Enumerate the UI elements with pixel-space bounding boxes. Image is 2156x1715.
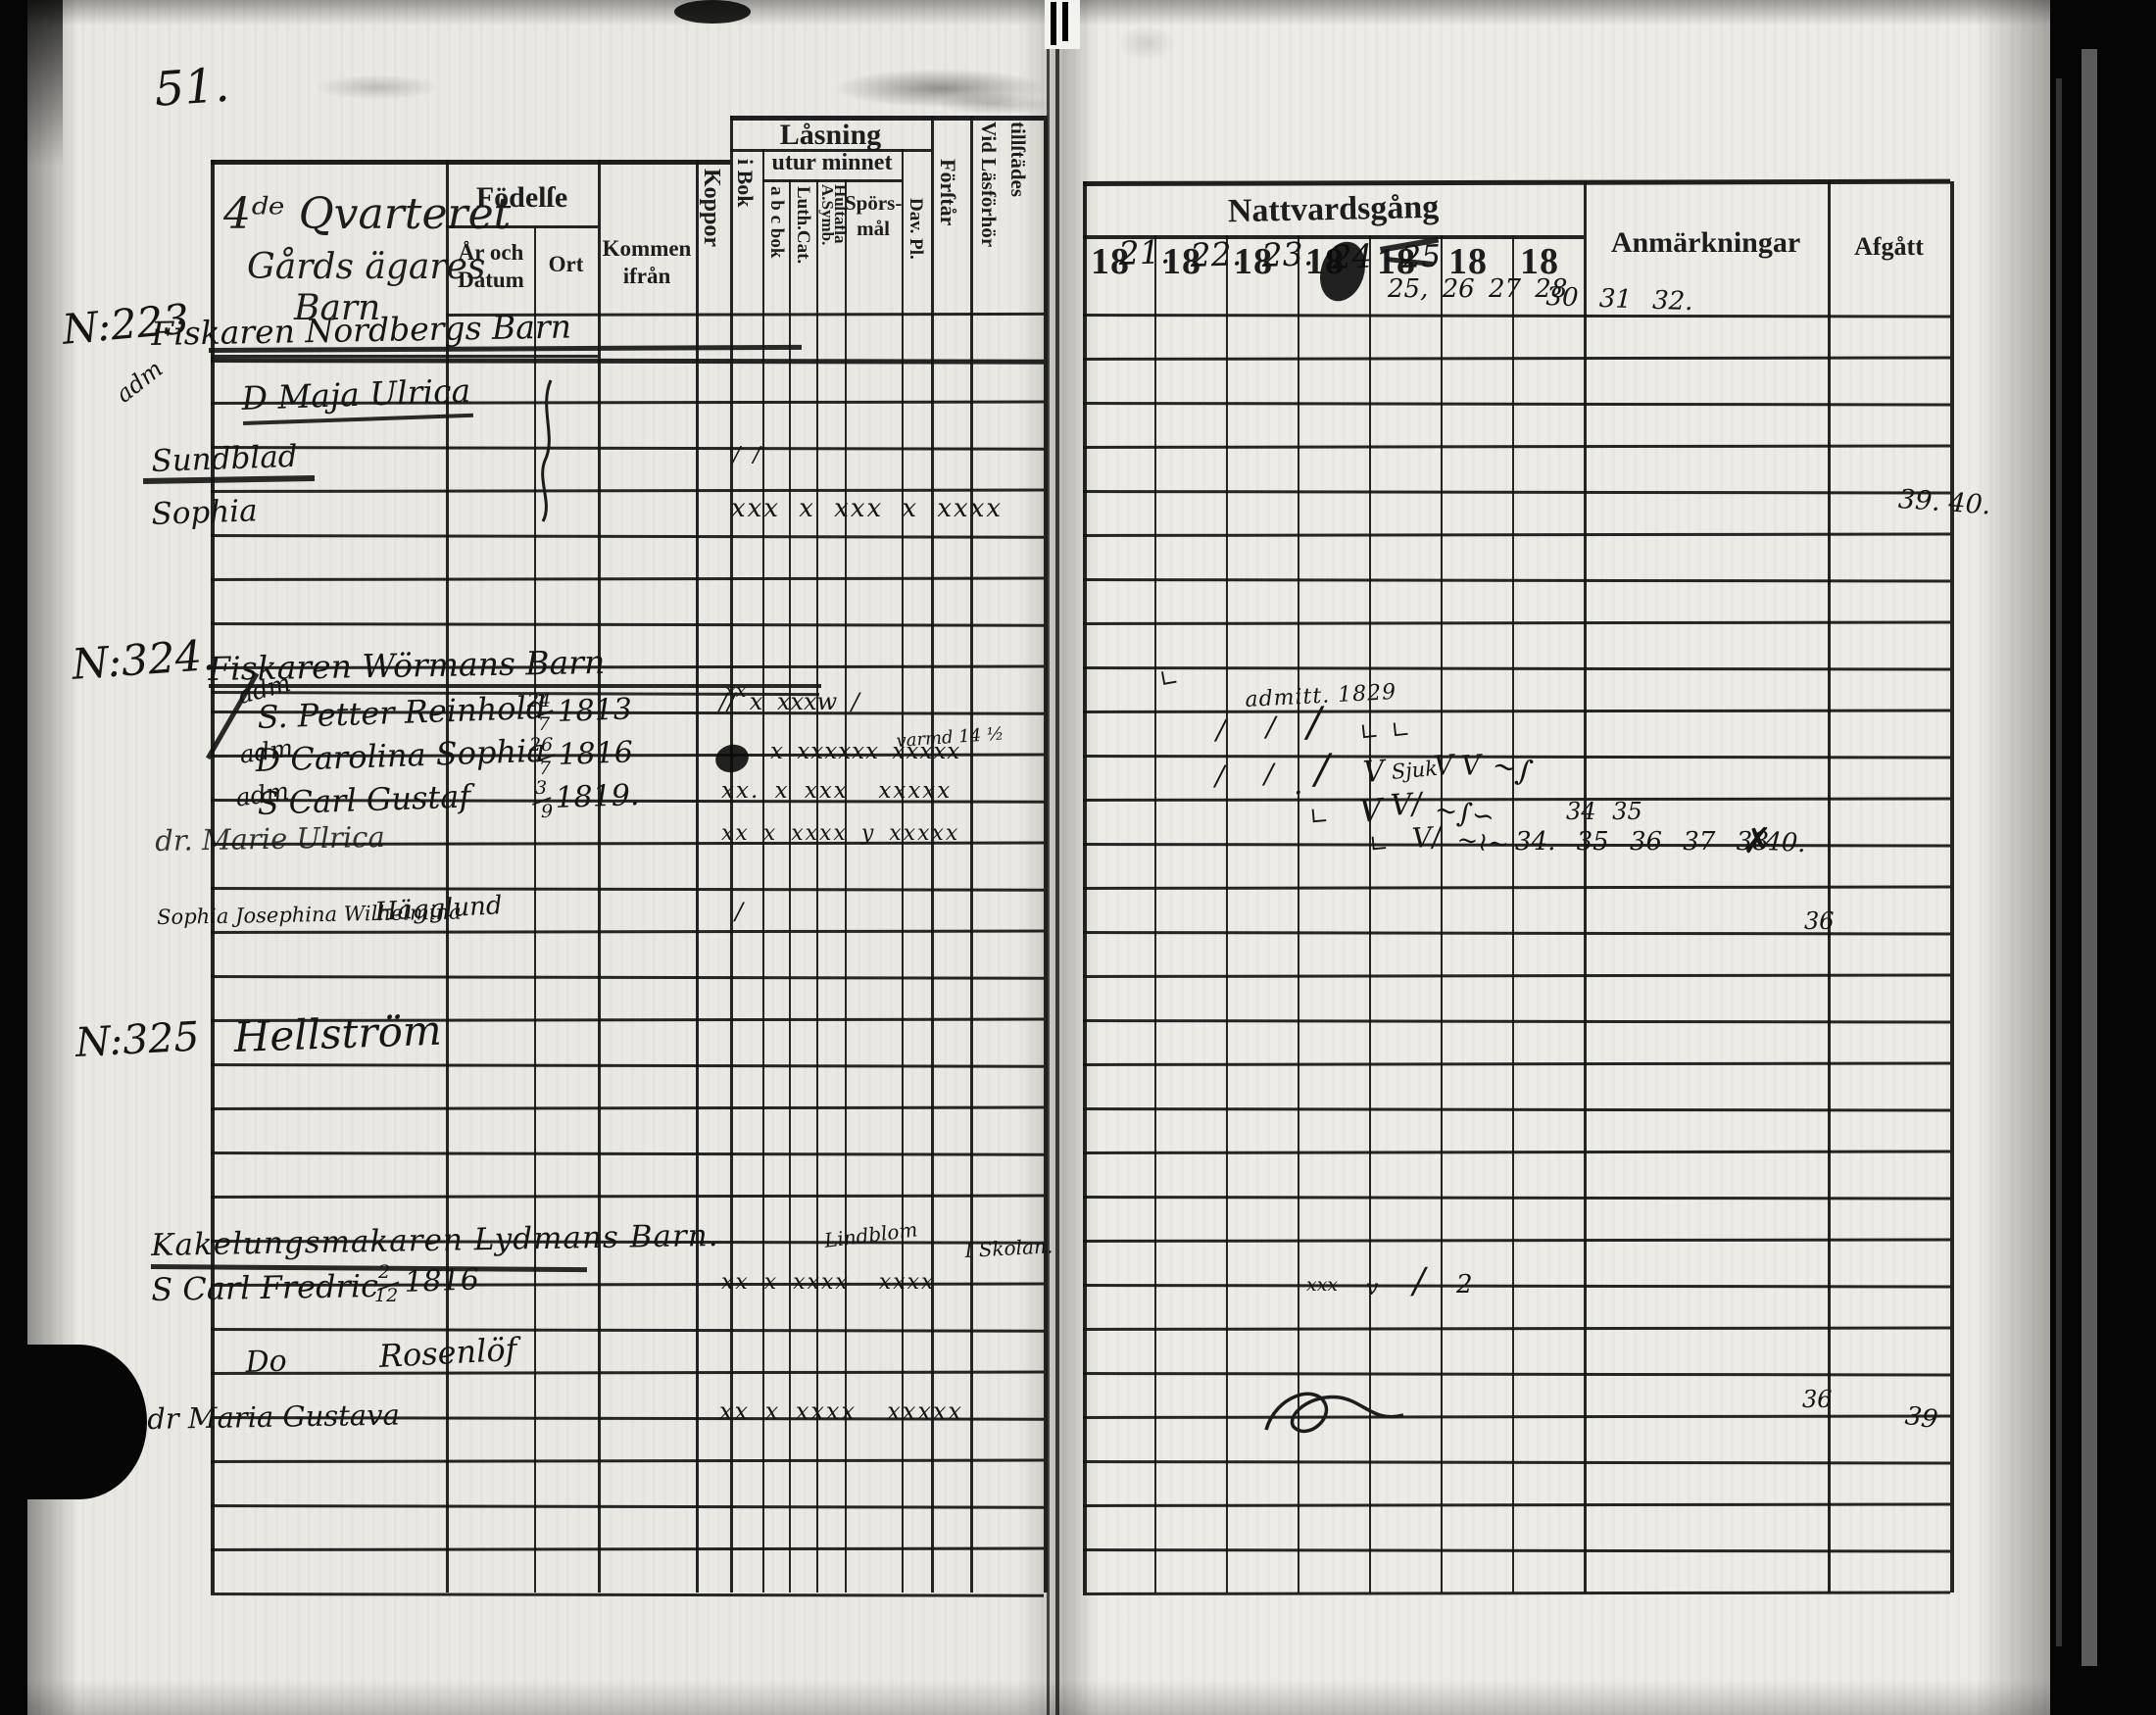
handwritten-yr3: 23.: [1261, 237, 1314, 271]
spine-line: [1055, 41, 1059, 1715]
header-i-bok: i Bok: [734, 159, 757, 306]
page-stack-edge: [2082, 49, 2097, 1666]
ink-stroke: [211, 355, 598, 358]
handwritten-rp_p5: ∟: [1390, 717, 1412, 743]
header-afgatt: Afgått: [1828, 233, 1950, 260]
signature-flourish: [1256, 1376, 1413, 1459]
header-spors: Spörs-: [845, 192, 902, 214]
handwritten-rp_cv1: V: [1362, 757, 1386, 787]
handwritten-carl: S Carl Gustaf: [257, 780, 471, 819]
grid-line: [762, 149, 764, 1592]
handwritten-sundblad: Sundblad: [151, 442, 298, 477]
handwritten-rp_g1: ∟: [1308, 804, 1330, 829]
ink-stroke: [209, 684, 821, 688]
handwritten-yrNoteA: 25, 26 27 28: [1388, 276, 1567, 302]
handwritten-n324: N:324.: [71, 635, 217, 687]
scan-smudge: [936, 93, 1053, 115]
handwritten-rp_p2: ∕: [1266, 713, 1275, 741]
header-datum: Datum: [449, 269, 533, 292]
handwritten-mariagustava: dr Maria Gustava: [147, 1401, 400, 1434]
grid-line: [1512, 235, 1514, 1592]
grid-line: [446, 225, 598, 228]
header-utur-minnet: utur minnet: [762, 151, 902, 175]
header-anmarkningar: Anmärkningar: [1584, 227, 1828, 259]
handwritten-carolinaDD: 7: [539, 759, 551, 778]
handwritten-rp_mfl: ∼≀∼: [1455, 827, 1510, 857]
handwritten-carolinaDY: 1816: [558, 738, 633, 770]
header-dav-pl: Dav. Pl.: [906, 198, 925, 312]
header-lasning: Låsning: [730, 120, 931, 151]
grid-line: [1828, 181, 1831, 1592]
header-luth-cat: Luth.Cat.: [793, 186, 812, 312]
handwritten-nordbergs: Fiskaren Nordbergs Barn: [151, 311, 571, 350]
handwritten-carlDD: 9: [541, 803, 553, 821]
handwritten-rp_c3: ∕: [1315, 749, 1329, 790]
handwritten-rp_p1: ∕: [1216, 716, 1225, 744]
handwritten-rp_gnums: 34 35: [1566, 800, 1642, 823]
grid-line: [211, 160, 215, 1592]
header-abc-bok: a b c bok: [766, 186, 786, 312]
header-kommen: Kommen: [598, 237, 696, 261]
scan-smudge: [1117, 25, 1176, 61]
handwritten-rp_cf2: 2: [1456, 1272, 1473, 1298]
handwritten-rp_cfx: xxx: [1306, 1276, 1338, 1295]
handwritten-carolina: D Carolina Sophia: [255, 735, 546, 776]
handwritten-rp_check: ∟: [1157, 665, 1181, 692]
header-ort: Ort: [534, 253, 598, 276]
handwritten-cfSkolan: I Skolan.: [964, 1236, 1053, 1260]
handwritten-rp_cfl: ∼∫: [1490, 751, 1535, 788]
ink-brace-stroke: [537, 378, 559, 528]
handwritten-rp_c1: ∕: [1215, 762, 1224, 790]
grid-line: [902, 149, 904, 1592]
handwritten-rp_mnums: 34. 35 36 37 38: [1515, 829, 1769, 855]
handwritten-rp_cfv: v: [1366, 1278, 1378, 1299]
handwritten-yrNoteB: 30 31 32.: [1545, 284, 1693, 315]
handwritten-maja: D Maja Ulrica: [241, 374, 471, 415]
handwritten-rp_cdot: .: [1294, 770, 1303, 800]
handwritten-rp_gv2: V∕: [1390, 790, 1423, 821]
handwritten-marie: dr. Marie Ulrica: [155, 823, 385, 856]
grid-line: [598, 160, 601, 1592]
page-stack-edge: [2056, 78, 2062, 1646]
handwritten-yr1: 21.: [1118, 235, 1171, 269]
handwritten-carlDY: 1819.: [555, 781, 640, 813]
grid-line: [970, 116, 973, 1592]
grid-line: [931, 116, 934, 1592]
handwritten-rp_gv1: V: [1358, 794, 1383, 827]
grid-line: [1441, 235, 1443, 1592]
grid-line: [211, 160, 730, 165]
handwritten-rp_m40: 40.: [1765, 829, 1807, 857]
header-tillstades: tillſtädes: [1007, 122, 1029, 314]
handwritten-mgMk: xx x xxxx xxxxx: [719, 1399, 963, 1423]
handwritten-rosenlofDo: Do: [245, 1347, 287, 1378]
handwritten-rp_cfs: ∕: [1413, 1264, 1425, 1299]
header-mal: mål: [845, 218, 902, 239]
handwritten-rp_sjuk: Sjuk: [1391, 759, 1439, 783]
handwritten-rp_m1: ∟: [1368, 831, 1390, 857]
handwritten-petterDY: 1813: [557, 695, 632, 727]
handwritten-rp_p4: ∟: [1358, 719, 1381, 745]
header-vid-lasforhor: Vid Läsförhör: [978, 122, 1000, 314]
scanned-book-spread: 4ᵈᵉ Qvarteret Gårds ägares Barn Födelſe …: [0, 0, 2156, 1715]
handwritten-sundbladMk: ∕ ∕: [733, 445, 760, 466]
handwritten-yr2: 22.: [1190, 237, 1243, 271]
grid-line: [730, 116, 1044, 121]
header-fodelse: Födelſe: [446, 182, 598, 214]
handwritten-n325: N:325: [74, 1016, 200, 1063]
grid-line: [845, 179, 847, 1592]
handwritten-carlfredric: S Carl Fredric: [151, 1270, 378, 1305]
grid-line: [1083, 181, 1087, 1592]
grid-line: [762, 179, 902, 182]
handwritten-rp_mg39: 39: [1903, 1403, 1938, 1433]
handwritten-carolinaDN: 26: [529, 736, 553, 755]
header-ar-och: År och: [449, 241, 533, 265]
grid-line: [1226, 235, 1228, 1592]
grid-line: [1950, 181, 1954, 1592]
handwritten-sjwMk: ∕: [735, 900, 743, 923]
grid-line: [730, 116, 733, 1592]
handwritten-rp_3940: 39. 40.: [1897, 486, 1991, 519]
handwritten-sophia: Sophia: [151, 496, 258, 530]
handwritten-carlMk: xx. x xxx xxxxx: [721, 780, 952, 803]
handwritten-petter: S. Petter Reinhold: [257, 692, 547, 733]
handwritten-carlDN: 3: [535, 779, 547, 798]
ink-blot: [674, 0, 751, 24]
handwritten-sjwSurname: Hägglund: [374, 893, 503, 925]
handwritten-rp_mv: V∕: [1411, 823, 1443, 853]
handwritten-marieMk: xx x xxxx y xxxxx: [721, 823, 959, 845]
handwritten-folio: 51.: [153, 62, 231, 114]
grid-line: [1584, 181, 1587, 1592]
handwritten-rp_c2: ∕: [1264, 760, 1273, 788]
handwritten-sophiaMk: xxx x xxx x xxxx: [731, 496, 1003, 521]
handwritten-rp_cv3: V: [1460, 752, 1482, 780]
header-koppor: Koppor: [699, 169, 723, 316]
grid-line: [534, 227, 536, 1592]
handwritten-rp_mg36: 36: [1802, 1388, 1833, 1411]
handwritten-rp_cv2: V: [1433, 752, 1454, 780]
handwritten-cfMk: xx x xxxx xxxx: [721, 1272, 935, 1294]
grid-line: [696, 160, 699, 1592]
grid-line: [816, 179, 818, 1592]
header-forstar: Förſtår: [937, 159, 959, 306]
handwritten-hellstrom: Hellström: [233, 1010, 442, 1058]
grid-line: [789, 179, 791, 1592]
handwritten-rp_sjw36: 36: [1804, 909, 1835, 933]
header-ifran: ifrån: [598, 265, 696, 288]
scan-smudge: [314, 74, 441, 100]
handwritten-rp_p3: ∕: [1307, 702, 1321, 743]
grid-line: [1154, 235, 1156, 1592]
handwritten-rosenlof: Rosenlöf: [378, 1334, 517, 1372]
spine-line: [1047, 41, 1050, 1715]
